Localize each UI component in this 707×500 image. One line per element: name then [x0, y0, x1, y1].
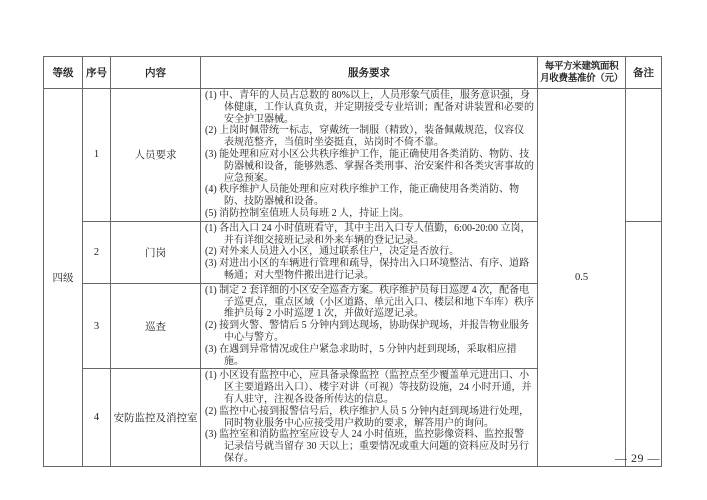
header-no: 序号	[83, 57, 111, 89]
service-standard-table: 等级 序号 内容 服务要求 每平方米建筑面积 月收费基准价（元） 备注 四级 1…	[43, 56, 662, 467]
service-cell: (1) 小区设有监控中心，应具备录像监控（监控点至少覆盖单元进出口、小区主要道路…	[201, 369, 538, 466]
no-cell: 3	[83, 283, 111, 369]
service-item: (5) 消防控制室值班人员每班 2 人，持证上岗。	[205, 208, 534, 220]
service-item: (1) 中、青年的人员占总数的 80%以上，人员形象气质佳，服务意识强，身体健康…	[205, 90, 534, 125]
service-item: (2) 接到火警、警情后 5 分钟内到达现场，协助保护现场，并报告物业服务中心与…	[205, 320, 534, 344]
content-cell: 人员要求	[111, 89, 201, 222]
service-cell: (1) 中、青年的人员占总数的 80%以上，人员形象气质佳，服务意识强，身体健康…	[201, 89, 538, 222]
table-body: 等级 序号 内容 服务要求 每平方米建筑面积 月收费基准价（元） 备注 四级 1…	[44, 57, 662, 467]
content-cell: 门岗	[111, 221, 201, 283]
header-row: 等级 序号 内容 服务要求 每平方米建筑面积 月收费基准价（元） 备注	[44, 57, 662, 89]
table-row-personnel: 四级 1 人员要求 (1) 中、青年的人员占总数的 80%以上，人员形象气质佳，…	[44, 89, 662, 222]
service-item: (3) 监控室和消防监控室应设专人 24 小时值班，监控影像资料、监控报警记录信…	[205, 429, 534, 464]
service-item: (1) 制定 2 套详细的小区安全巡查方案。秩序维护员每日巡逻 4 次，配备电子…	[205, 285, 534, 320]
content-cell: 安防监控及消控室	[111, 369, 201, 466]
level-cell: 四级	[44, 89, 83, 467]
service-item: (1) 小区设有监控中心，应具备录像监控（监控点至少覆盖单元进出口、小区主要道路…	[205, 370, 534, 405]
no-cell: 1	[83, 89, 111, 222]
content-cell: 巡查	[111, 283, 201, 369]
remark-cell-row1	[626, 89, 662, 222]
service-item: (2) 对外来人员进入小区，通过联系住户，决定是否放行。	[205, 246, 534, 258]
service-cell: (1) 制定 2 套详细的小区安全巡查方案。秩序维护员每日巡逻 4 次，配备电子…	[201, 283, 538, 369]
no-cell: 4	[83, 369, 111, 466]
service-item: (2) 上岗时佩带统一标志，穿戴统一制服（精致），装备佩戴规范，仪容仪表规范整齐…	[205, 125, 534, 149]
price-cell: 0.5	[538, 89, 626, 467]
header-price-line2: 月收费基准价（元）	[539, 73, 624, 85]
remark-cell-rows2-4	[626, 221, 662, 466]
header-price-line1: 每平方米建筑面积	[539, 61, 624, 73]
service-item: (4) 秩序维护人员能处理和应对秩序维护工作，能正确使用各类消防、物防、技防器械…	[205, 184, 534, 208]
service-item: (1) 各出入口 24 小时值班看守，其中主出入口专人值勤，6:00-20:00…	[205, 223, 534, 247]
service-cell: (1) 各出入口 24 小时值班看守，其中主出入口专人值勤，6:00-20:00…	[201, 221, 538, 283]
document-page: 等级 序号 内容 服务要求 每平方米建筑面积 月收费基准价（元） 备注 四级 1…	[0, 0, 707, 500]
header-remark: 备注	[626, 57, 662, 89]
page-number: — 29 —	[615, 451, 660, 466]
service-item: (3) 能处理和应对小区公共秩序维护工作，能正确使用各类消防、物防、技防器械和设…	[205, 149, 534, 184]
no-cell: 2	[83, 221, 111, 283]
header-price: 每平方米建筑面积 月收费基准价（元）	[538, 57, 626, 89]
service-item: (2) 监控中心接到报警信号后，秩序维护人员 5 分钟内赶到现场进行处理，同时物…	[205, 406, 534, 430]
header-level: 等级	[44, 57, 83, 89]
service-item: (3) 在遇到异常情况或住户紧急求助时，5 分钟内赶到现场，采取相应措施。	[205, 344, 534, 368]
header-content: 内容	[111, 57, 201, 89]
service-item: (3) 对进出小区的车辆进行管理和疏导，保持出入口环境整洁、有序、道路畅通；对大…	[205, 258, 534, 282]
header-service: 服务要求	[201, 57, 538, 89]
